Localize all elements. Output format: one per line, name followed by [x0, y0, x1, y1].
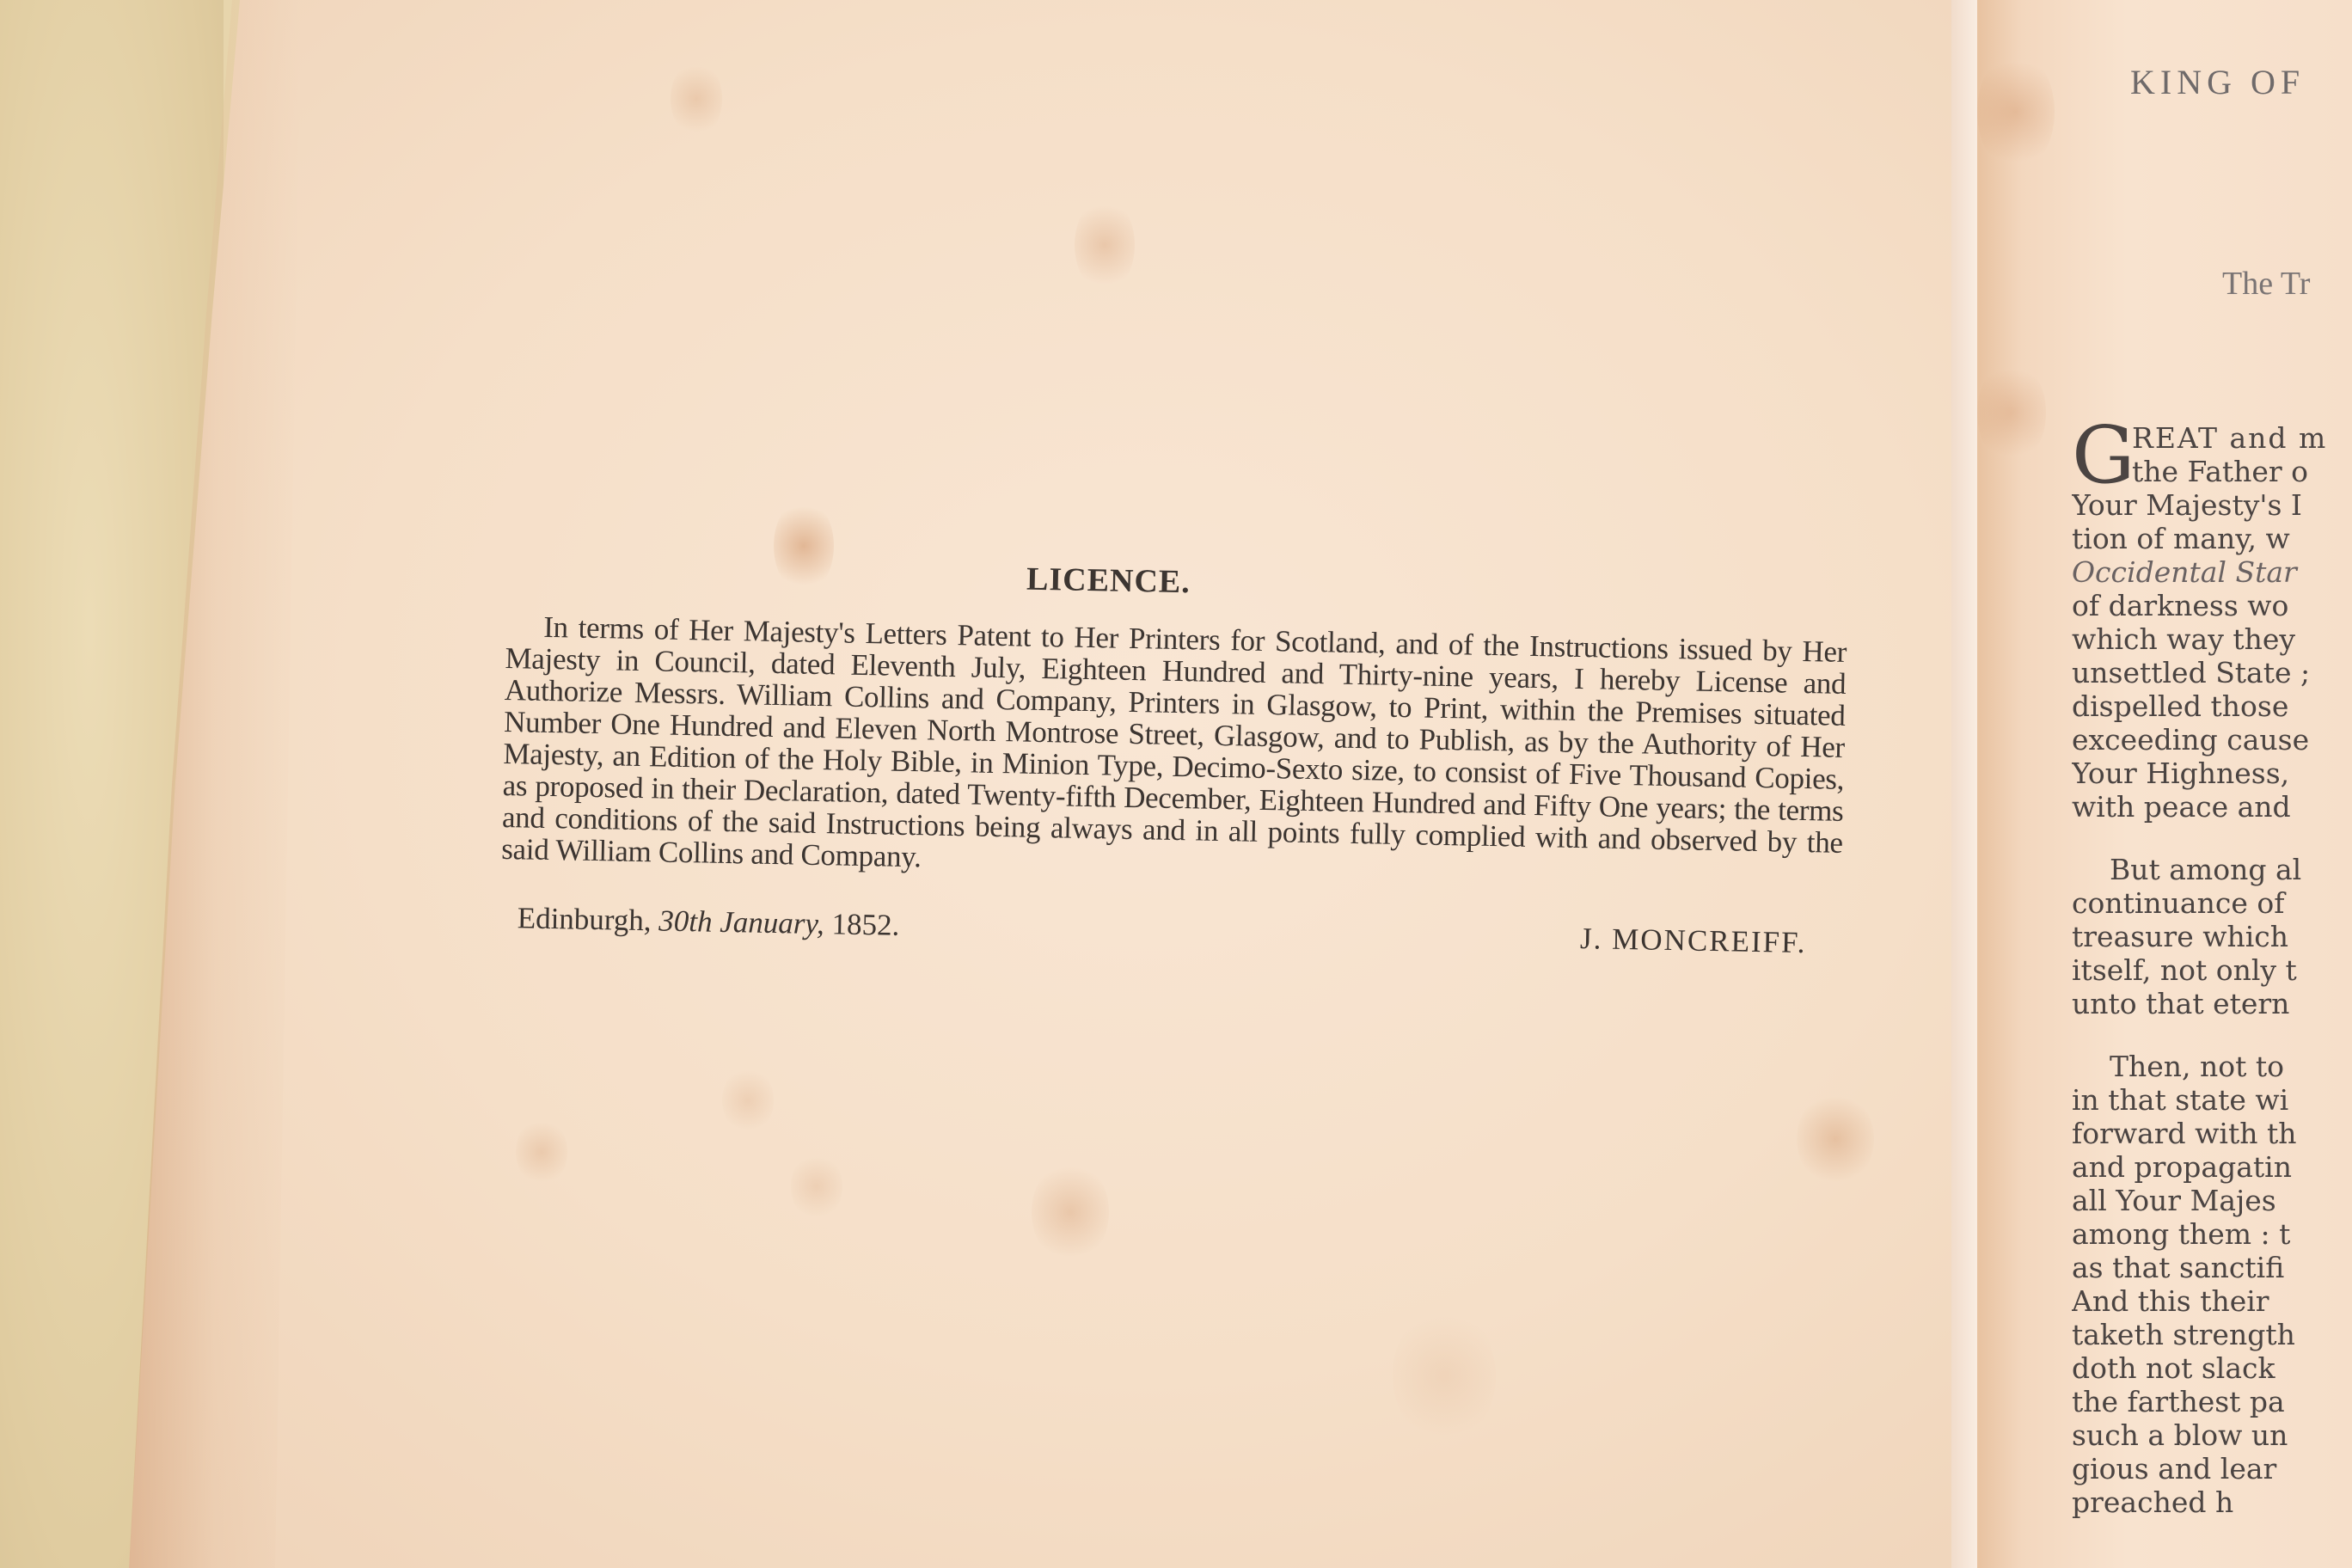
text-line: among them : t: [2072, 1217, 2352, 1251]
foxing-stain: [791, 1152, 842, 1221]
text-line: Your Highness,: [2072, 756, 2352, 790]
year: 1852.: [831, 907, 899, 942]
text-line: of darkness wo: [2072, 589, 2352, 622]
place-and-date: Edinburgh, 30th January, 1852.: [517, 901, 899, 943]
text-line: all Your Majes: [2072, 1184, 2352, 1217]
foxing-stain: [671, 60, 722, 138]
right-page-body: G REAT and m the Father o Your Majesty's…: [2072, 421, 2352, 1519]
text-line: with peace and: [2072, 790, 2352, 824]
place: Edinburgh,: [517, 901, 652, 937]
text-line: which way they: [2072, 622, 2352, 656]
text-line: preached h: [2072, 1485, 2352, 1519]
show-through-text: [851, 172, 872, 243]
foxing-stain: [1075, 198, 1135, 292]
running-head: KING OF: [2130, 62, 2305, 102]
text-line: gious and lear: [2072, 1452, 2352, 1485]
text-line: And this their: [2072, 1284, 2352, 1318]
foxing-stain: [1977, 52, 2055, 172]
foxing-stain: [1977, 361, 2046, 464]
text-line: continuance of: [2072, 886, 2352, 920]
text-line: such a blow un: [2072, 1418, 2352, 1452]
text-line: Occidental Star: [2072, 555, 2352, 589]
text-line: tion of many, w: [2072, 522, 2352, 555]
paragraph-3: Then, not to in that state wi forward wi…: [2072, 1050, 2352, 1519]
text-line: and propagatin: [2072, 1150, 2352, 1184]
text-line: Then, not to: [2072, 1050, 2352, 1083]
foxing-stain: [722, 1066, 774, 1135]
text-line: treasure which: [2072, 920, 2352, 953]
licence-body: In terms of Her Majesty's Letters Patent…: [501, 610, 1847, 891]
foxing-stain: [516, 1118, 567, 1186]
paragraph-gap: [2072, 1020, 2352, 1050]
text-line: dispelled those: [2072, 689, 2352, 723]
foxing-stain: [1032, 1161, 1109, 1264]
signature: J. MONCREIFF.: [1580, 922, 1807, 960]
text-line: in that state wi: [2072, 1083, 2352, 1117]
text-line: unsettled State ;: [2072, 656, 2352, 689]
text-line: exceeding cause: [2072, 723, 2352, 756]
paragraph-gap: [2072, 824, 2352, 853]
text-line: forward with th: [2072, 1117, 2352, 1150]
subheading: The Tr: [2222, 265, 2310, 303]
date: 30th January,: [658, 903, 824, 940]
drop-cap: G: [2072, 421, 2135, 495]
text-line: as that sanctifi: [2072, 1251, 2352, 1284]
text-line: unto that etern: [2072, 987, 2352, 1020]
text-line: itself, not only t: [2072, 953, 2352, 987]
licence-block: LICENCE. In terms of Her Majesty's Lette…: [499, 550, 1847, 961]
paragraph-1: G REAT and m the Father o Your Majesty's…: [2072, 421, 2352, 824]
text-line: the farthest pa: [2072, 1385, 2352, 1418]
foxing-stain: [1393, 1307, 1496, 1444]
text-line: doth not slack: [2072, 1351, 2352, 1385]
text-line: taketh strength: [2072, 1318, 2352, 1351]
paragraph-2: But among al continuance of treasure whi…: [2072, 853, 2352, 1020]
text-line: But among al: [2072, 853, 2352, 886]
foxing-stain: [1797, 1092, 1874, 1186]
